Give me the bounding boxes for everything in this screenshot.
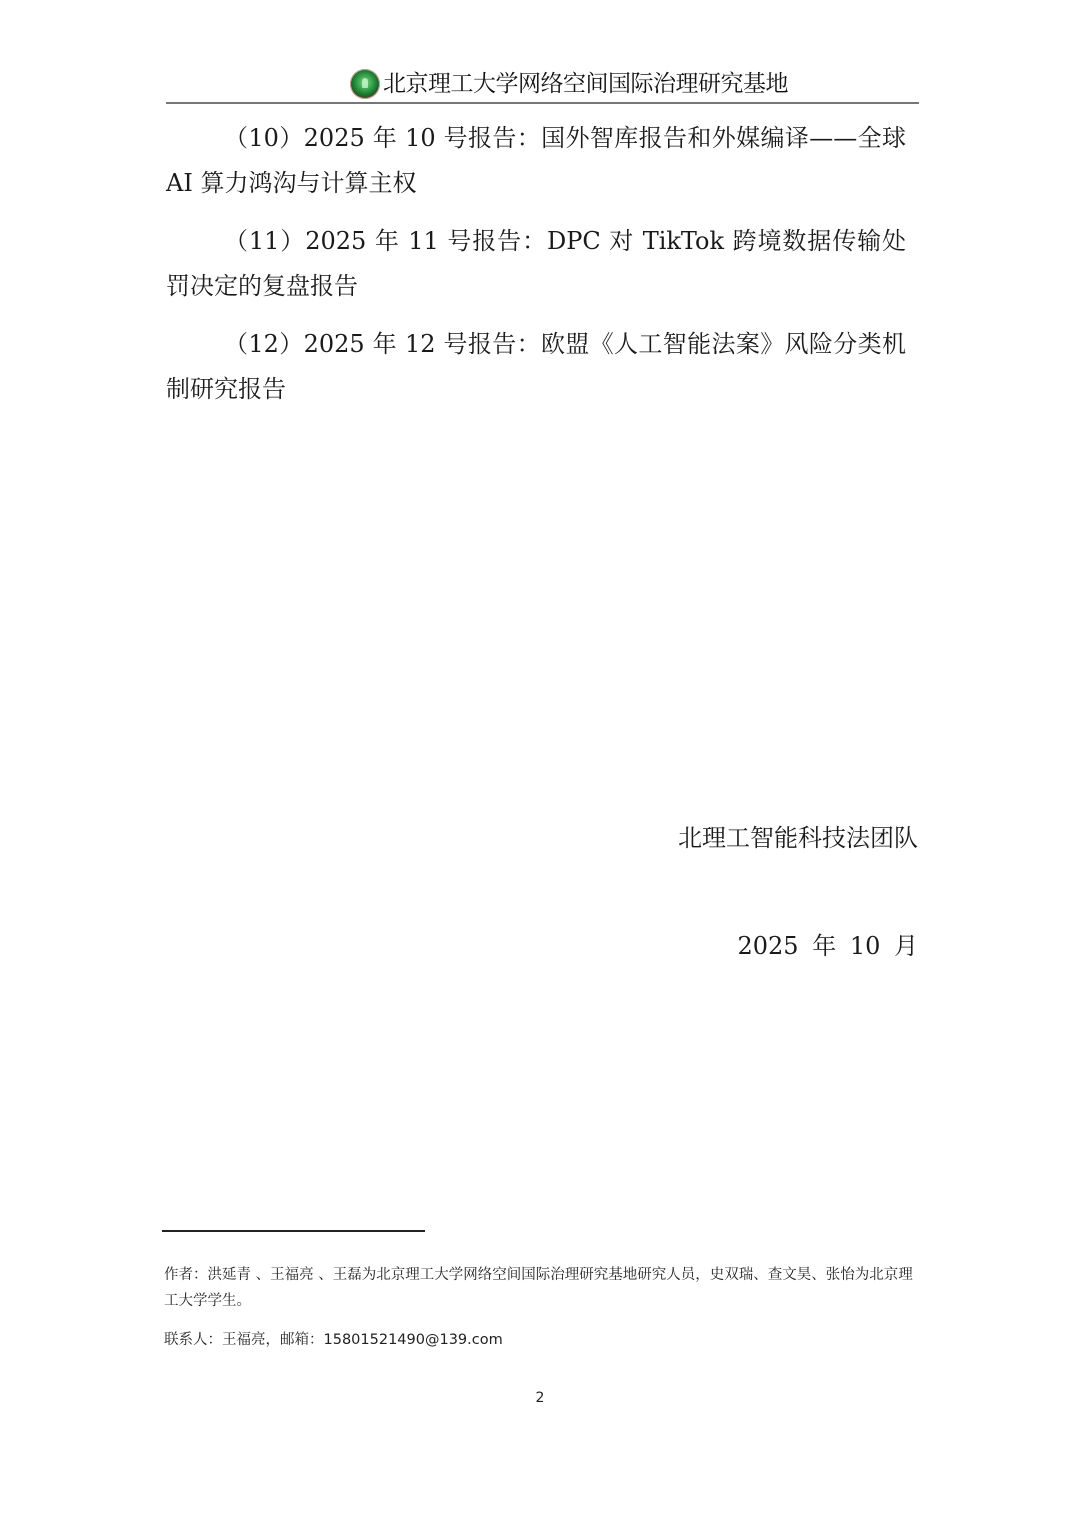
footnote-divider xyxy=(162,1230,425,1232)
report-list: （10）2025 年 10 号报告：国外智库报告和外媒编译——全球AI 算力鸿沟… xyxy=(166,116,906,425)
university-emblem-icon xyxy=(350,69,380,99)
footnote-contact: 联系人：王福亮，邮箱：15801521490@139.com xyxy=(164,1327,914,1353)
report-item-11: （11）2025 年 11 号报告：DPC 对 TikTok 跨境数据传输处罚决… xyxy=(166,219,906,309)
signature-organization: 北理工智能科技法团队 xyxy=(678,818,918,858)
page-header: 北京理工大学网络空间国际治理研究基地 xyxy=(166,64,919,104)
report-item-10: （10）2025 年 10 号报告：国外智库报告和外媒编译——全球AI 算力鸿沟… xyxy=(166,116,906,206)
report-item-12: （12）2025 年 12 号报告：欧盟《人工智能法案》风险分类机制研究报告 xyxy=(166,322,906,412)
signature-date: 2025 年 10 月 xyxy=(737,926,918,966)
footnote-authors: 作者：洪延青 、王福亮 、王磊为北京理工大学网络空间国际治理研究基地研究人员，史… xyxy=(164,1262,914,1314)
header-divider xyxy=(166,102,919,104)
header-title: 北京理工大学网络空间国际治理研究基地 xyxy=(383,66,788,102)
header-brand: 北京理工大学网络空间国际治理研究基地 xyxy=(350,66,788,102)
page-number: 2 xyxy=(530,1390,550,1406)
